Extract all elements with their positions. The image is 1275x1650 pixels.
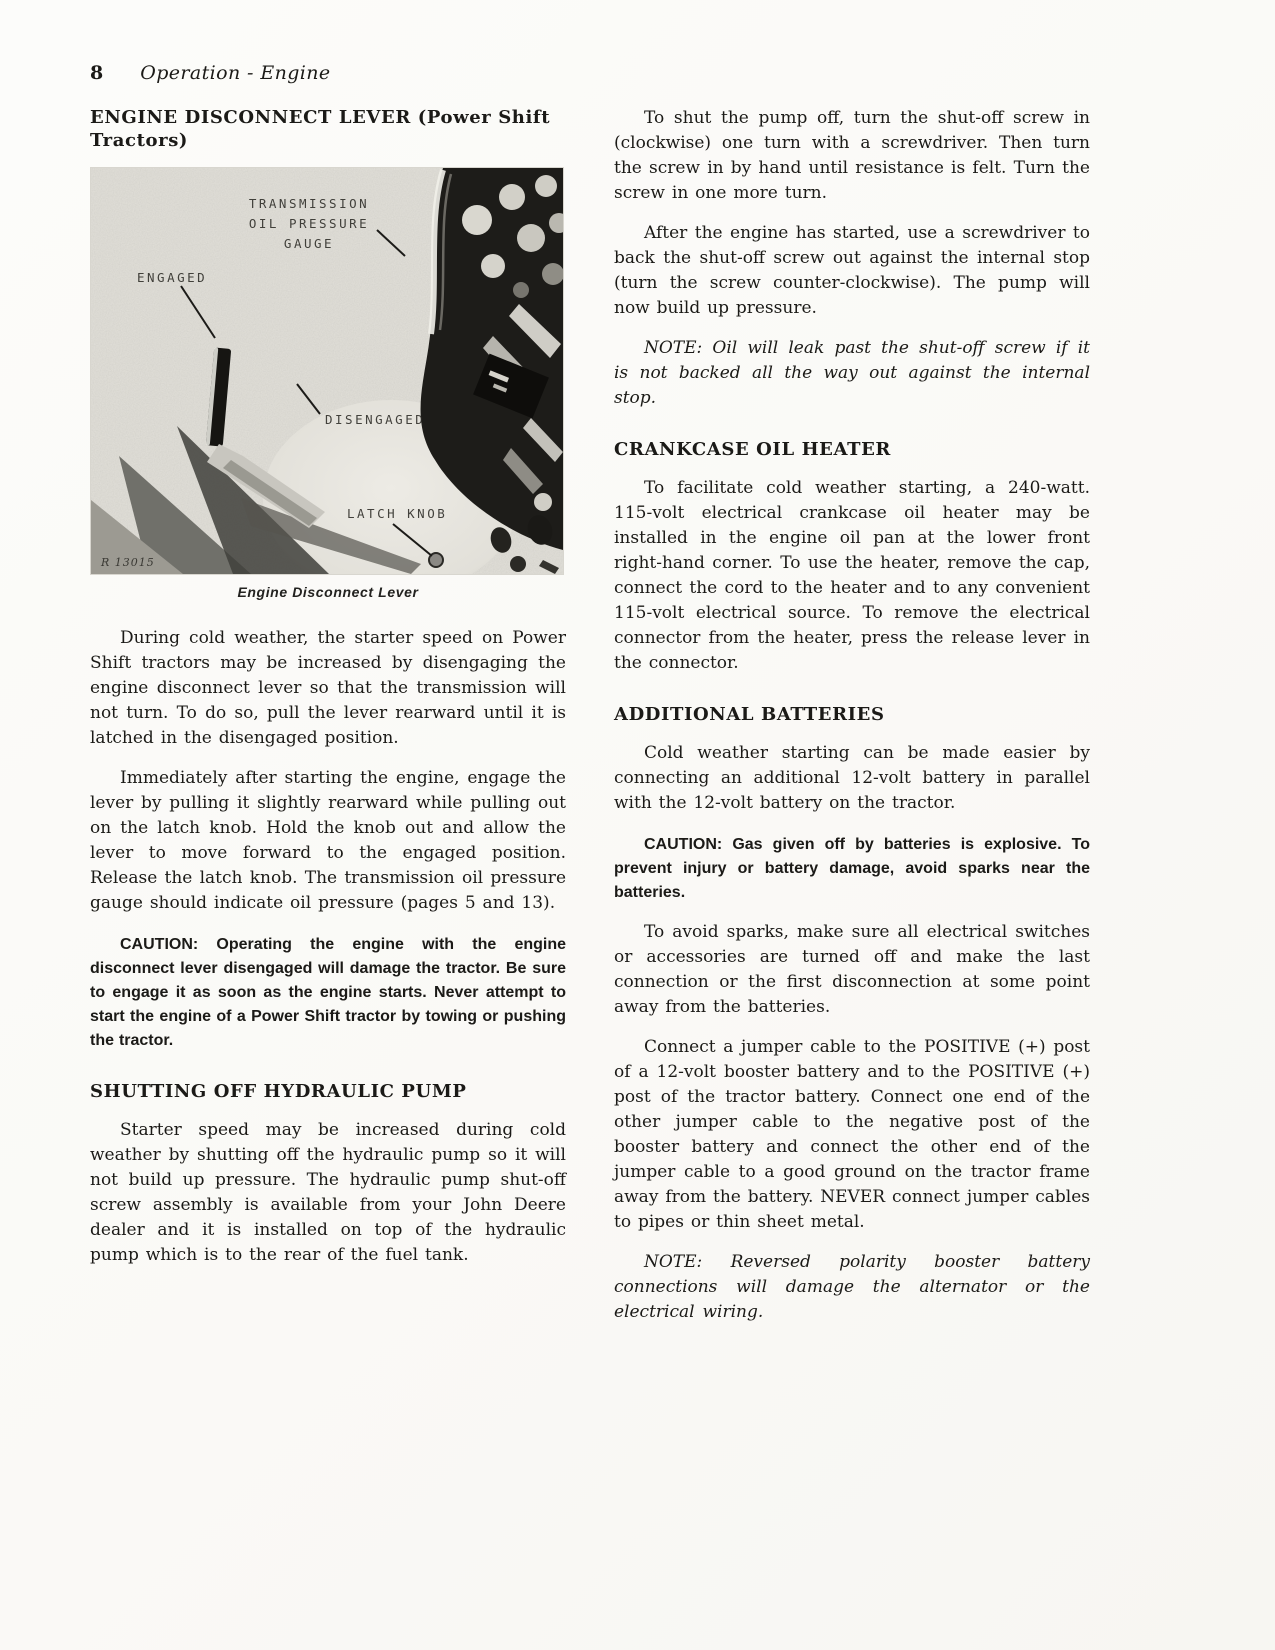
label-disengaged: DISENGAGED	[325, 412, 425, 427]
paragraph-crankcase-heater: To facilitate cold weather starting, a 2…	[614, 476, 1090, 676]
tractor-dashboard-photo: TRANSMISSION OIL PRESSURE GAUGE ENGAGED …	[90, 167, 564, 575]
running-head: 8 Operation - Engine	[90, 62, 1180, 84]
paragraph-after-engine-started: After the engine has started, use a scre…	[614, 221, 1090, 321]
note-reversed-polarity: NOTE: Reversed polarity booster battery …	[614, 1250, 1090, 1325]
page-header-title: Operation - Engine	[140, 62, 330, 84]
manual-page: 8 Operation - Engine ENGINE DISCONNECT L…	[0, 0, 1275, 1650]
section-heading-shutting-off-hydraulic-pump: SHUTTING OFF HYDRAULIC PUMP	[90, 1080, 566, 1103]
section-heading-crankcase-oil-heater: CRANKCASE OIL HEATER	[614, 438, 1090, 461]
label-transmission-line3: GAUGE	[284, 236, 334, 251]
paragraph-shut-pump-off: To shut the pump off, turn the shut-off …	[614, 106, 1090, 206]
caution-disconnect-lever: CAUTION: Operating the engine with the e…	[90, 933, 566, 1053]
figure-engine-disconnect-lever: TRANSMISSION OIL PRESSURE GAUGE ENGAGED …	[90, 167, 566, 600]
label-transmission-line2: OIL PRESSURE	[249, 216, 369, 231]
paragraph-cold-weather-starter: During cold weather, the starter speed o…	[90, 626, 566, 751]
page-number: 8	[90, 62, 103, 84]
right-column: To shut the pump off, turn the shut-off …	[614, 106, 1090, 1325]
two-column-layout: ENGINE DISCONNECT LEVER (Power Shift Tra…	[90, 106, 1180, 1325]
section-heading-additional-batteries: ADDITIONAL BATTERIES	[614, 703, 1090, 726]
caution-battery-gas: CAUTION: Gas given off by batteries is e…	[614, 833, 1090, 905]
photo-id-code: R 13015	[100, 556, 155, 569]
paragraph-hydraulic-pump: Starter speed may be increased during co…	[90, 1118, 566, 1268]
note-oil-leak: NOTE: Oil will leak past the shut-off sc…	[614, 336, 1090, 411]
paragraph-additional-battery: Cold weather starting can be made easier…	[614, 741, 1090, 816]
left-column: ENGINE DISCONNECT LEVER (Power Shift Tra…	[90, 106, 566, 1325]
label-engaged: ENGAGED	[137, 270, 207, 285]
paragraph-avoid-sparks: To avoid sparks, make sure all electrica…	[614, 920, 1090, 1020]
paragraph-jumper-cables: Connect a jumper cable to the POSITIVE (…	[614, 1035, 1090, 1235]
label-latch-knob: LATCH KNOB	[347, 506, 447, 521]
label-transmission-line1: TRANSMISSION	[249, 196, 369, 211]
figure-caption: Engine Disconnect Lever	[90, 584, 566, 600]
paragraph-engage-lever: Immediately after starting the engine, e…	[90, 766, 566, 916]
section-heading-engine-disconnect-lever: ENGINE DISCONNECT LEVER (Power Shift Tra…	[90, 106, 566, 152]
